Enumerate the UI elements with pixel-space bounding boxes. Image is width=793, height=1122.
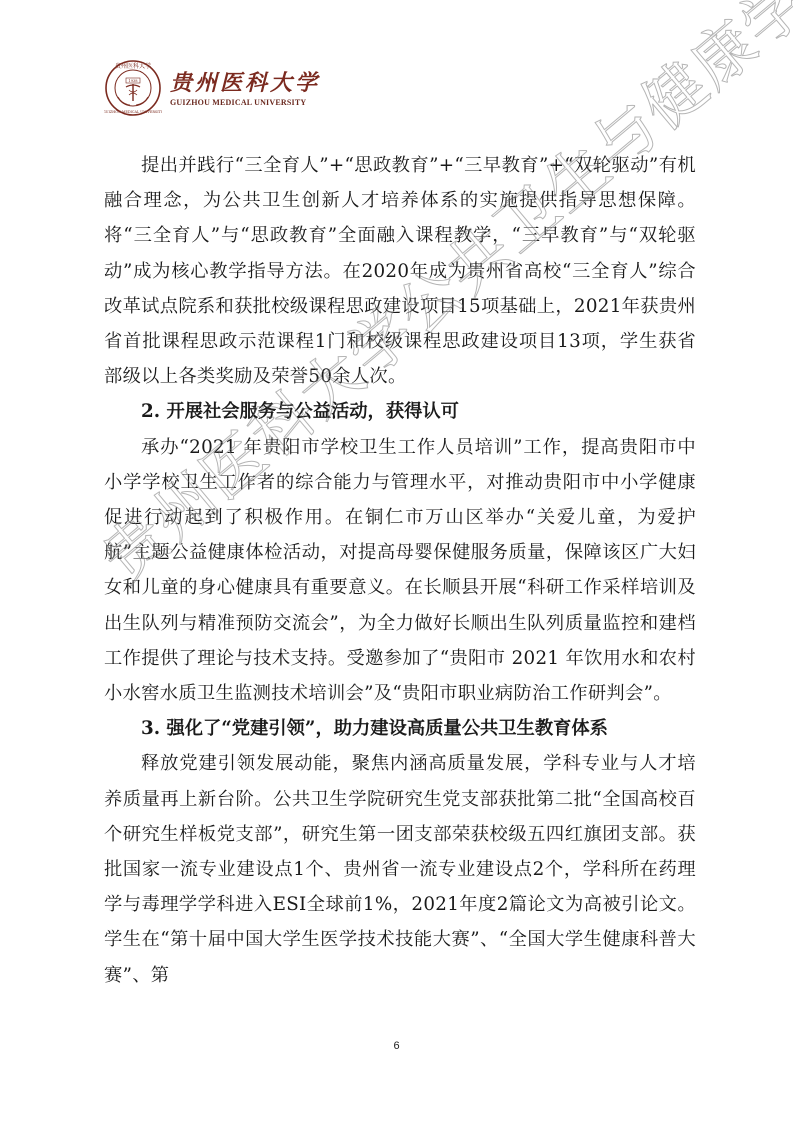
university-name-cn: 贵州医科大学 xyxy=(170,70,320,96)
university-brand: 贵州医科大学 GUIZHOU MEDICAL UNIVERSITY xyxy=(170,70,320,107)
seal-year: 1938 xyxy=(128,79,138,83)
document-body: 提出并践行“三全育人”+“思政教育”+“三早教育”+“双轮驱动”有机融合理念，为… xyxy=(104,148,696,993)
section-heading-social-service: 2. 开展社会服务与公益活动，获得认可 xyxy=(104,394,696,429)
document-header: 贵州医科大学 GUIZHOU MEDICAL UNIVERSITY 1938 贵… xyxy=(104,58,320,118)
paragraph-ideological-education: 提出并践行“三全育人”+“思政教育”+“三早教育”+“双轮驱动”有机融合理念，为… xyxy=(104,148,696,394)
seal-text-bottom: GUIZHOU MEDICAL UNIVERSITY xyxy=(104,110,162,114)
section-heading-party-building: 3. 强化了“党建引领”，助力建设高质量公共卫生教育体系 xyxy=(104,711,696,746)
page-number: 6 xyxy=(0,1040,793,1052)
paragraph-social-service: 承办“2021 年贵阳市学校卫生工作人员培训”工作，提高贵阳市中小学学校卫生工作… xyxy=(104,430,696,712)
seal-text-top: 贵州医科大学 xyxy=(115,62,151,70)
paragraph-party-building: 释放党建引领发展动能，聚焦内涵高质量发展，学科专业与人才培养质量再上新台阶。公共… xyxy=(104,746,696,992)
university-seal-logo: 贵州医科大学 GUIZHOU MEDICAL UNIVERSITY 1938 xyxy=(104,59,162,117)
university-name-en: GUIZHOU MEDICAL UNIVERSITY xyxy=(170,98,320,107)
